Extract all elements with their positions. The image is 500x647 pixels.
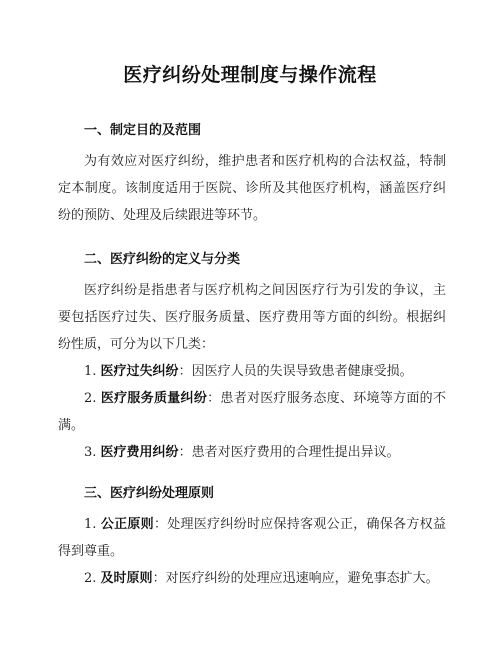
section-definition-classification: 二、医疗纠纷的定义与分类 医疗纠纷是指患者与医疗机构之间因医疗行为引发的争议，主…	[58, 250, 446, 466]
section-principles: 三、医疗纠纷处理原则 1. 公正原则：处理医疗纠纷时应保持客观公正，确保各方权益…	[58, 484, 446, 592]
section-heading: 二、医疗纠纷的定义与分类	[58, 250, 446, 270]
section-purpose-scope: 一、制定目的及范围 为有效应对医疗纠纷，维护患者和医疗机构的合法权益，特制定本制…	[58, 121, 446, 229]
section-paragraph: 医疗纠纷是指患者与医疗机构之间因医疗行为引发的争议，主要包括医疗过失、医疗服务质…	[58, 277, 446, 358]
item-term: 及时原则	[101, 571, 153, 586]
item-separator: ：	[179, 445, 192, 460]
item-number: 1.	[84, 517, 101, 532]
item-term: 医疗费用纠纷	[101, 445, 179, 460]
item-separator: ：	[179, 364, 192, 379]
item-separator: ：	[207, 391, 220, 406]
list-item: 1. 医疗过失纠纷：因医疗人员的失误导致患者健康受损。	[58, 358, 446, 385]
item-text: 患者对医疗费用的合理性提出异议。	[192, 445, 400, 460]
item-number: 1.	[84, 364, 101, 379]
list-item: 3. 医疗费用纠纷：患者对医疗费用的合理性提出异议。	[58, 439, 446, 466]
list-item: 1. 公正原则：处理医疗纠纷时应保持客观公正，确保各方权益得到尊重。	[58, 511, 446, 565]
document-title: 医疗纠纷处理制度与操作流程	[0, 60, 500, 87]
item-separator: ：	[153, 571, 166, 586]
section-paragraph: 为有效应对医疗纠纷，维护患者和医疗机构的合法权益，特制定本制度。该制度适用于医院…	[58, 148, 446, 229]
item-number: 2.	[84, 391, 101, 406]
item-text: 因医疗人员的失误导致患者健康受损。	[192, 364, 413, 379]
section-heading: 一、制定目的及范围	[58, 121, 446, 141]
item-separator: ：	[154, 517, 167, 532]
item-number: 2.	[84, 571, 101, 586]
list-item: 2. 医疗服务质量纠纷：患者对医疗服务态度、环境等方面的不满。	[58, 385, 446, 439]
list-item: 2. 及时原则：对医疗纠纷的处理应迅速响应，避免事态扩大。	[58, 565, 446, 592]
item-term: 医疗过失纠纷	[101, 364, 179, 379]
item-number: 3.	[84, 445, 101, 460]
item-text: 对医疗纠纷的处理应迅速响应，避免事态扩大。	[166, 571, 439, 586]
item-term: 医疗服务质量纠纷	[101, 391, 207, 406]
item-term: 公正原则	[101, 517, 154, 532]
section-heading: 三、医疗纠纷处理原则	[58, 484, 446, 504]
